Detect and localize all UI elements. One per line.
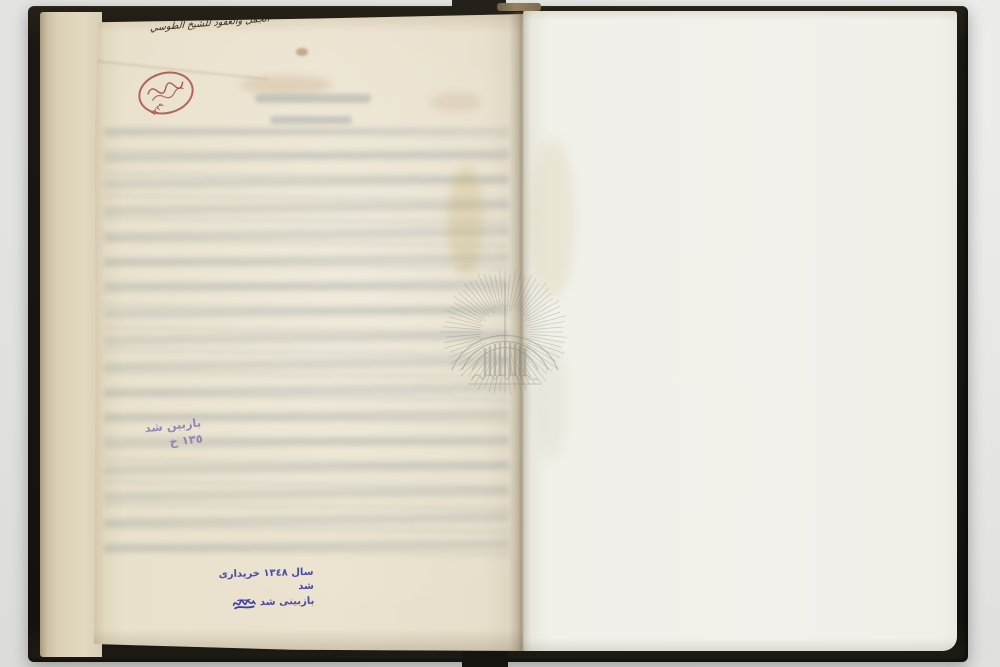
gutter-shadow <box>509 12 531 651</box>
review-note-purple: بازبين شد ١٣٥ خ <box>131 414 204 453</box>
library-stamp: ١٢٣٩ <box>134 66 198 120</box>
signature-mark <box>231 595 257 612</box>
flyleaf-edge <box>40 12 102 657</box>
acquisition-note-line1: سال ١٣٤٨ خريدارى شد <box>217 566 314 597</box>
stamp-scribble <box>140 72 194 113</box>
page-stain <box>531 139 575 299</box>
left-page: الجمل والعقود للشيخ الطوسي ١٢٣٩ بازبين ش… <box>94 14 526 651</box>
acquisition-note-line2: بازبينى شد <box>260 595 315 610</box>
manuscript-photo: الجمل والعقود للشيخ الطوسي ١٢٣٩ بازبين ش… <box>0 0 1000 667</box>
annotation-layer: الجمل والعقود للشيخ الطوسي ١٢٣٩ بازبين ش… <box>94 14 526 651</box>
right-page <box>523 11 957 651</box>
page-stain <box>537 341 567 461</box>
spine-tailcap <box>462 649 508 667</box>
headband <box>497 3 541 11</box>
acquisition-note-blue: سال ١٣٤٨ خريدارى شد بازبينى شد <box>217 566 314 612</box>
